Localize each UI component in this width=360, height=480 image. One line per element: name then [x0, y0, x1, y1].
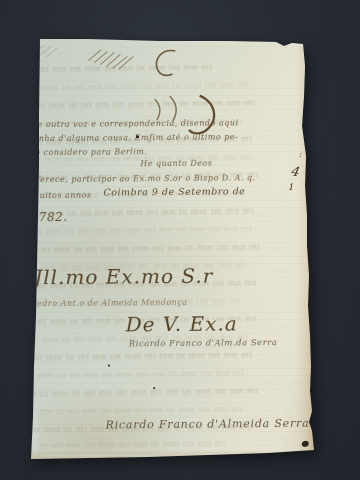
margin-numeral-one: 1	[288, 183, 294, 193]
letter-dateline: Coimbra 9 de Setembro de	[103, 186, 245, 198]
margin-colon-mark: :	[299, 150, 302, 159]
letter-body-line: tinha d'alguma cousa. Emfim até o ultimo…	[32, 132, 238, 143]
archivist-caption: Ricardo Franco d'Almeida Serra	[105, 417, 309, 432]
pen-flourish-marks	[26, 35, 318, 461]
letter-signature: Ricardo Franco d'Alm.da Serra	[129, 338, 278, 349]
ink-speck	[153, 387, 155, 389]
manuscript-page-wrap: im nm mi mm ni nm im mm mi nm im ni mm i…	[28, 36, 316, 460]
ink-speck	[108, 365, 110, 367]
letter-body-line: muitos annos	[31, 191, 91, 201]
letter-body-line: lo considero para Berlim.	[32, 147, 147, 157]
letter-body-line: He quanto Deos	[140, 159, 212, 169]
letter-valediction: De V. Ex.a	[126, 311, 238, 336]
photo-background: im nm mi mm ni nm im mm mi nm im ni mm i…	[0, 0, 360, 480]
letter-body-line: de outra voz e correspondencia, disendo …	[32, 118, 239, 129]
letter-addressee: Pedro Ant.o de Almeida Mendonça	[31, 298, 187, 308]
letter-year: 1782.	[31, 210, 68, 224]
manuscript-content: de outra voz e correspondencia, disendo …	[26, 35, 318, 461]
manuscript-page: im nm mi mm ni nm im mm mi nm im ni mm i…	[28, 36, 316, 460]
ink-speck	[136, 135, 139, 138]
letter-salutation: Jll.mo Ex.mo S.r	[34, 264, 213, 290]
